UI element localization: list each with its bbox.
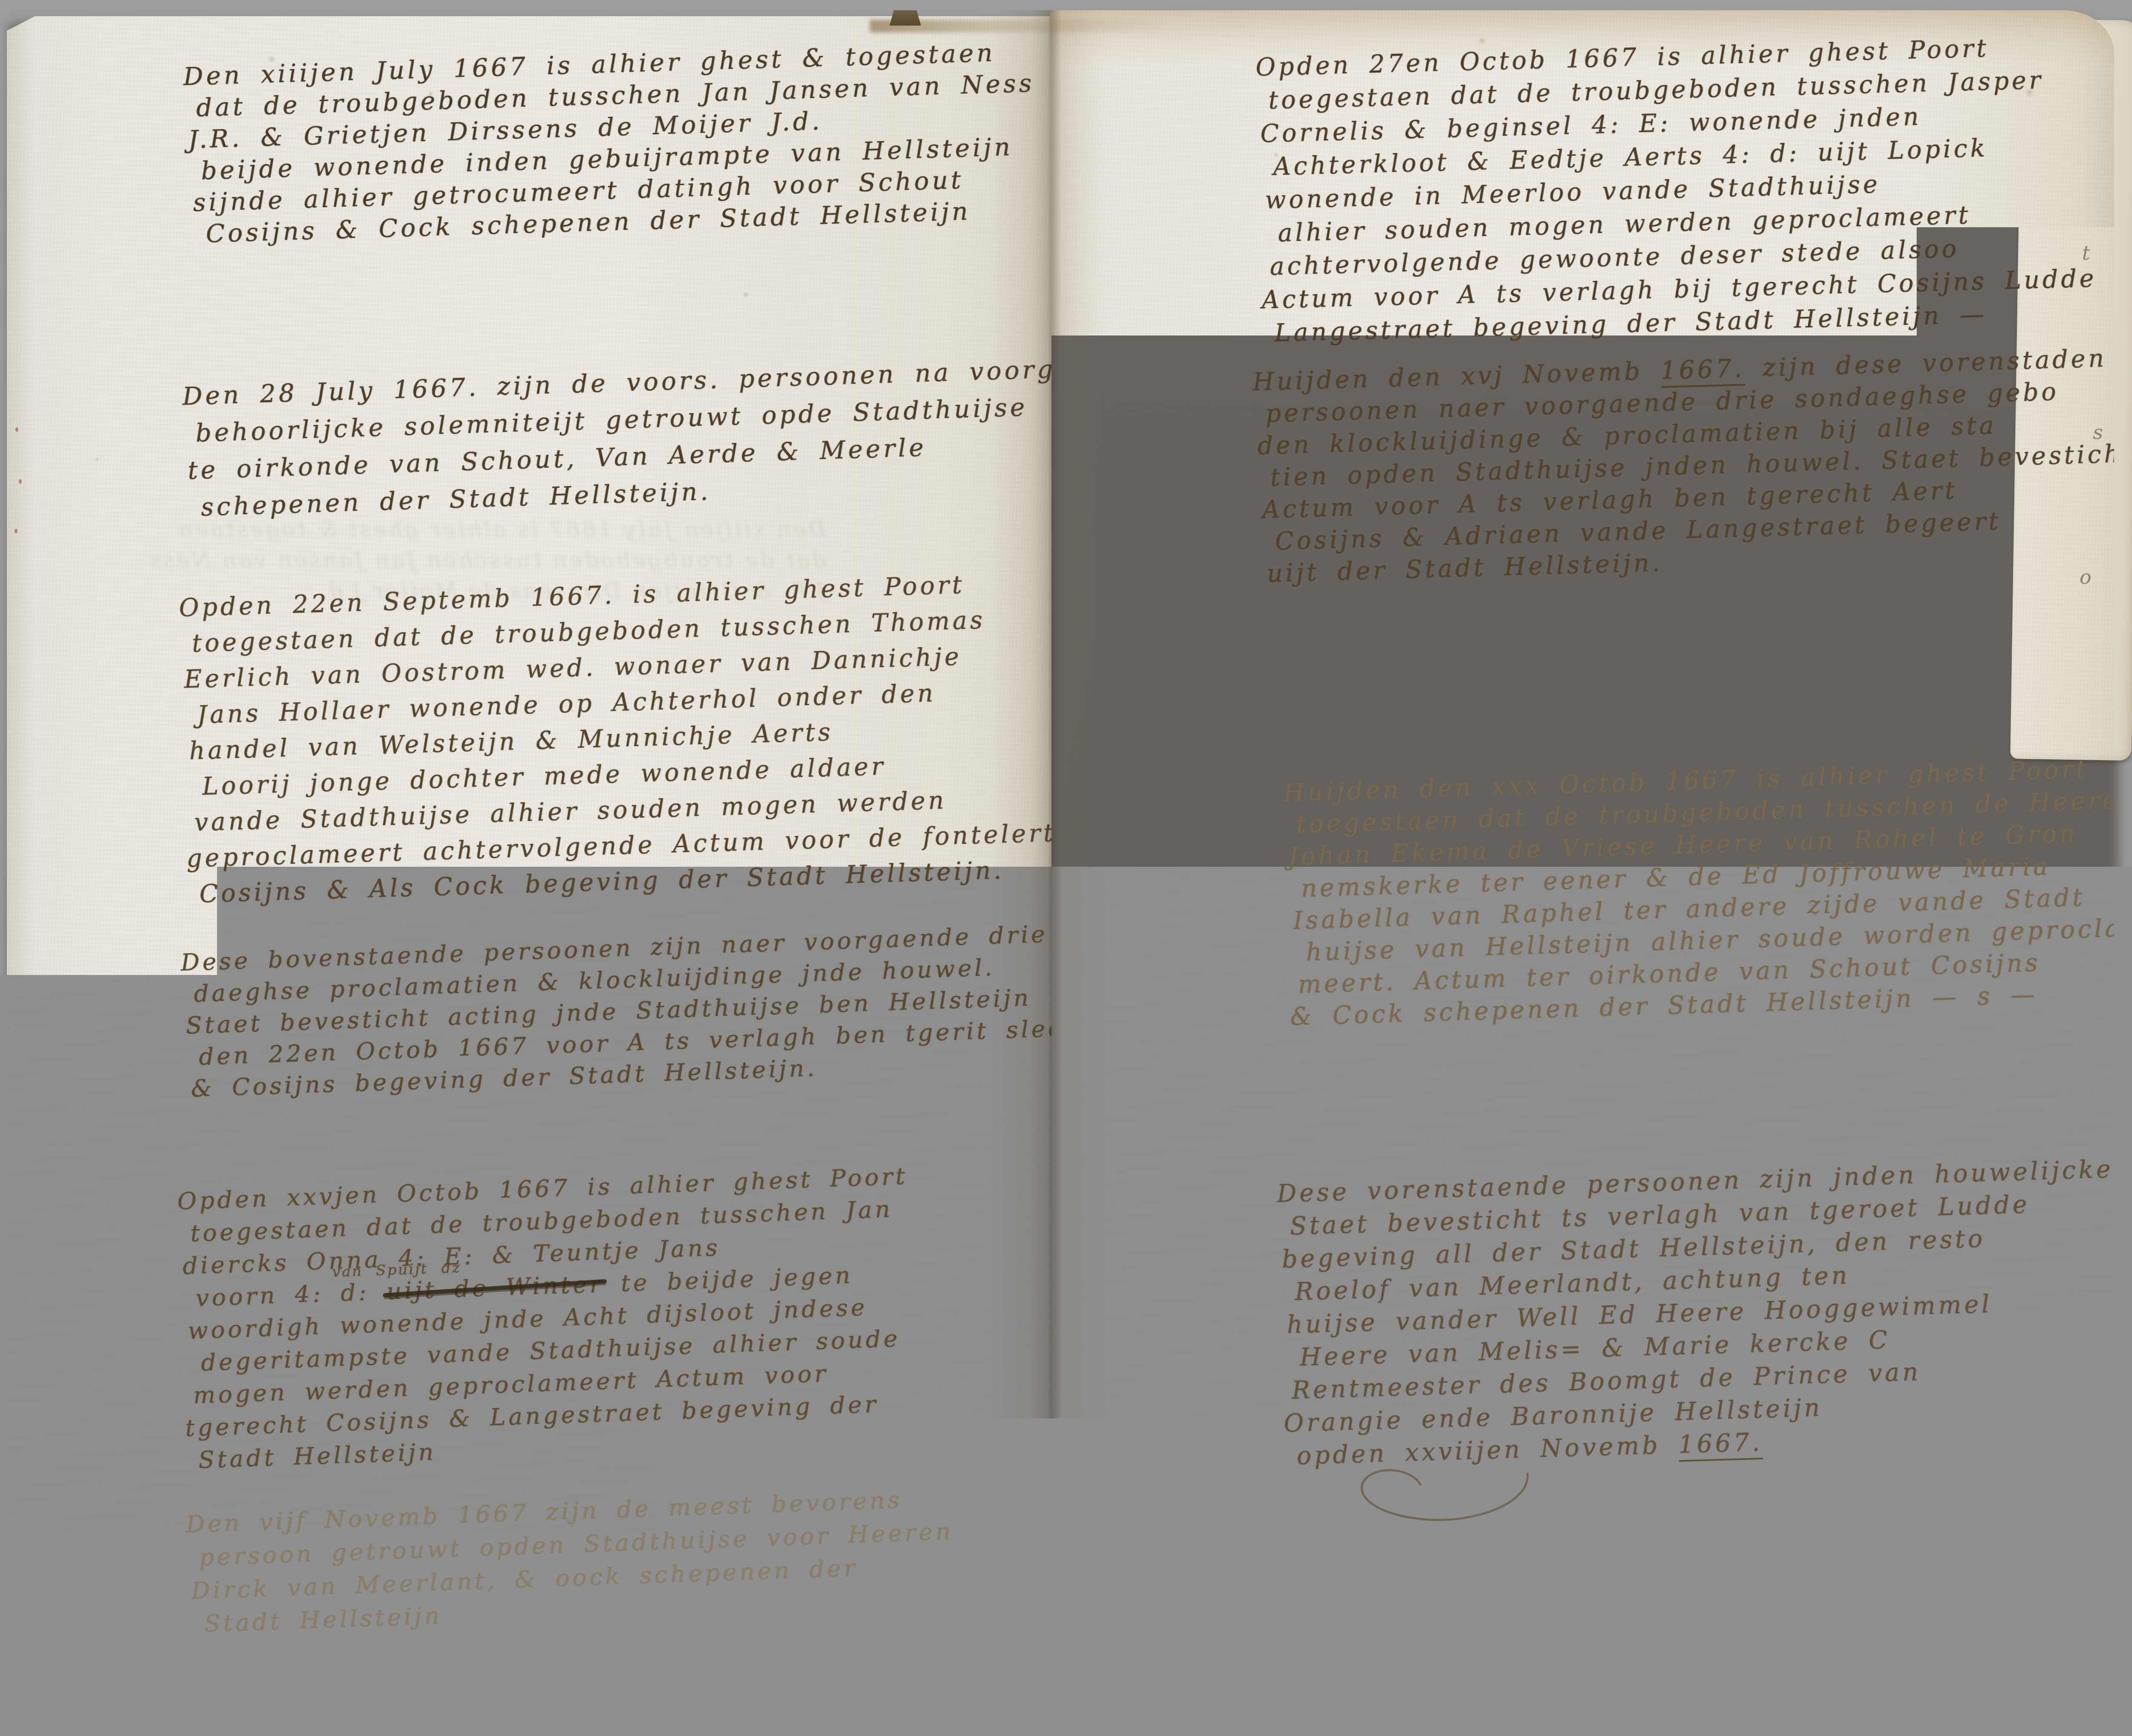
page-left: Den xiiijen July 1667 is alhier ghest & … bbox=[7, 16, 1052, 1701]
red-edge-speck bbox=[19, 479, 22, 484]
binding-tab bbox=[889, 10, 921, 26]
pencil-folio-number-right: 121 bbox=[1975, 1643, 2048, 1684]
manuscript-line: schepenen der Stadt Hellsteijn. bbox=[200, 479, 711, 520]
underlined-text: 1667. bbox=[1660, 354, 1745, 388]
red-edge-speck bbox=[15, 427, 18, 432]
underlined-text: 1667. bbox=[1678, 1428, 1763, 1462]
manuscript-line: Stadt Hellsteijn bbox=[204, 1604, 443, 1635]
manuscript-line: uijt der Stadt Hellsteijn. bbox=[1267, 551, 1663, 586]
red-edge-speck bbox=[14, 529, 17, 533]
page-right: Opden 27en Octob 1667 is alhier ghest Po… bbox=[1050, 10, 2114, 1710]
left-text-layer: Den xiiijen July 1667 is alhier ghest & … bbox=[7, 16, 1052, 1701]
right-text-layer: Opden 27en Octob 1667 is alhier ghest Po… bbox=[1050, 10, 2114, 1710]
pen-flourish bbox=[1348, 1455, 1544, 1528]
manuscript-line: Stadt Hellsteijn bbox=[198, 1440, 437, 1472]
archival-scan: tso Den xiiijen July 1667 is alhier ghes… bbox=[0, 0, 2132, 1736]
